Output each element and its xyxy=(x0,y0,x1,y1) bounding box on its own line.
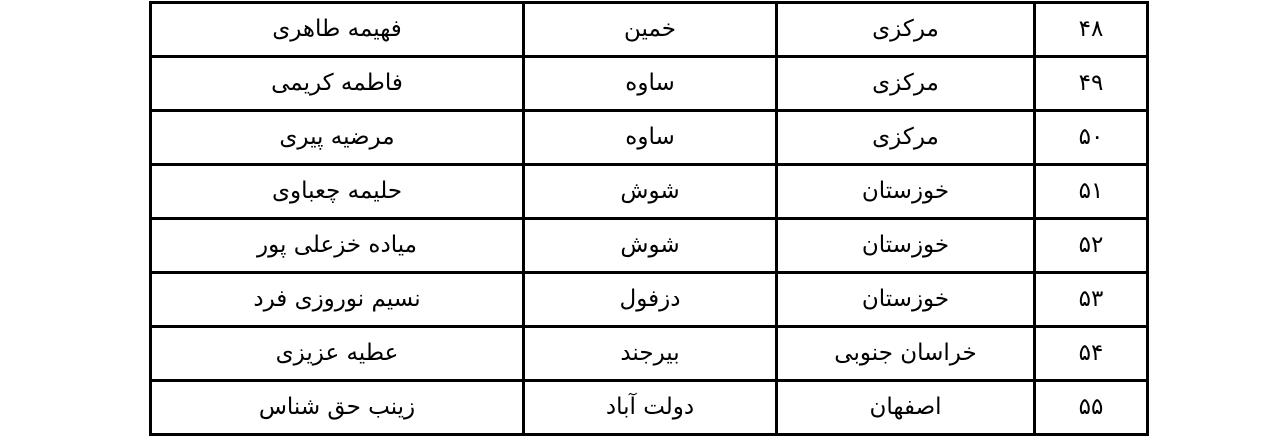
cell-province: خوزستان xyxy=(777,219,1035,273)
cell-city: ساوه xyxy=(524,111,777,165)
cell-province: مرکزی xyxy=(777,3,1035,57)
table-row: ۵۱ خوزستان شوش حلیمه چعباوی xyxy=(151,165,1148,219)
cell-province: اصفهان xyxy=(777,381,1035,435)
cell-full-name: میاده خزعلی پور xyxy=(151,219,524,273)
cell-city: شوش xyxy=(524,165,777,219)
cell-city: دولت آباد xyxy=(524,381,777,435)
table-row: ۵۲ خوزستان شوش میاده خزعلی پور xyxy=(151,219,1148,273)
cell-row-number: ۵۰ xyxy=(1035,111,1148,165)
table-row: ۴۹ مرکزی ساوه فاطمه کریمی xyxy=(151,57,1148,111)
cell-province: مرکزی xyxy=(777,111,1035,165)
table-row: ۵۵ اصفهان دولت آباد زینب حق شناس xyxy=(151,381,1148,435)
cell-city: شوش xyxy=(524,219,777,273)
cell-row-number: ۵۳ xyxy=(1035,273,1148,327)
cell-full-name: مرضیه پیری xyxy=(151,111,524,165)
cell-province: خوزستان xyxy=(777,165,1035,219)
cell-full-name: فهیمه طاهری xyxy=(151,3,524,57)
cell-full-name: زینب حق شناس xyxy=(151,381,524,435)
cell-province: مرکزی xyxy=(777,57,1035,111)
document-page: { "colors": { "page_background": "#fffff… xyxy=(0,0,1275,442)
table-body: ۴۸ مرکزی خمین فهیمه طاهری ۴۹ مرکزی ساوه … xyxy=(151,3,1148,435)
cell-full-name: فاطمه کریمی xyxy=(151,57,524,111)
people-table: ۴۸ مرکزی خمین فهیمه طاهری ۴۹ مرکزی ساوه … xyxy=(149,1,1149,436)
cell-province: خوزستان xyxy=(777,273,1035,327)
cell-city: دزفول xyxy=(524,273,777,327)
cell-row-number: ۵۲ xyxy=(1035,219,1148,273)
cell-city: خمین xyxy=(524,3,777,57)
table-row: ۵۳ خوزستان دزفول نسیم نوروزی فرد xyxy=(151,273,1148,327)
cell-row-number: ۵۱ xyxy=(1035,165,1148,219)
cell-full-name: عطیه عزیزی xyxy=(151,327,524,381)
cell-city: بیرجند xyxy=(524,327,777,381)
cell-full-name: نسیم نوروزی فرد xyxy=(151,273,524,327)
table-row: ۵۰ مرکزی ساوه مرضیه پیری xyxy=(151,111,1148,165)
cell-province: خراسان جنوبی xyxy=(777,327,1035,381)
cell-full-name: حلیمه چعباوی xyxy=(151,165,524,219)
cell-row-number: ۴۸ xyxy=(1035,3,1148,57)
cell-row-number: ۴۹ xyxy=(1035,57,1148,111)
cell-row-number: ۵۴ xyxy=(1035,327,1148,381)
table-row: ۴۸ مرکزی خمین فهیمه طاهری xyxy=(151,3,1148,57)
cell-city: ساوه xyxy=(524,57,777,111)
cell-row-number: ۵۵ xyxy=(1035,381,1148,435)
table-row: ۵۴ خراسان جنوبی بیرجند عطیه عزیزی xyxy=(151,327,1148,381)
